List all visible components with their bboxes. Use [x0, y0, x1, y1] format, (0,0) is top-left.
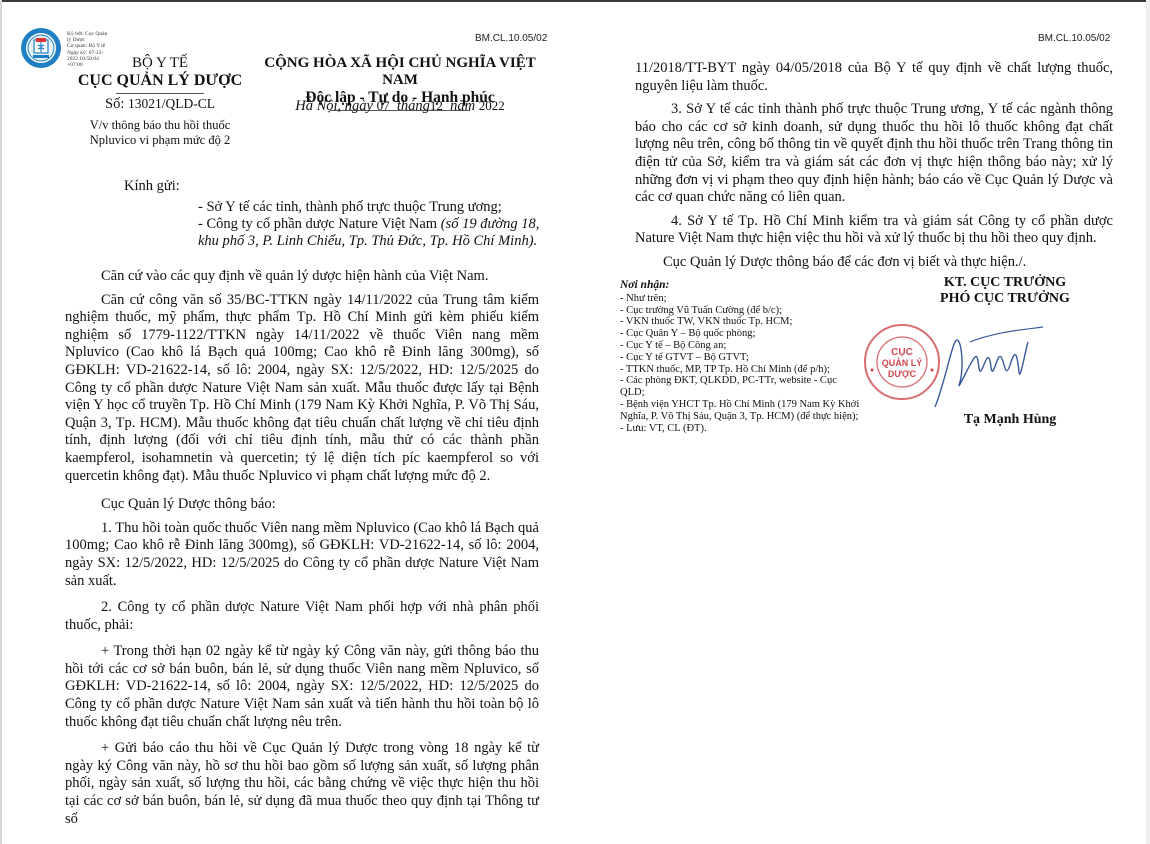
receiver-item: - Như trên;	[620, 293, 860, 305]
receiver-item: - TTKN thuốc, MP, TP Tp. Hồ Chí Minh (để…	[620, 364, 860, 376]
department-name: CỤC QUẢN LÝ DƯỢC	[65, 72, 255, 90]
receiver-item: - Cục Quân Y – Bộ quốc phòng;	[620, 328, 860, 340]
ministry-logo-icon	[20, 27, 62, 69]
paragraph: + Gửi báo cáo thu hồi về Cục Quản lý Dượ…	[65, 740, 539, 828]
paragraph: 3. Sở Y tế các tỉnh thành phố trực thuộc…	[635, 101, 1113, 207]
ministry-name: BỘ Y TẾ	[65, 55, 255, 72]
receiver-item: - Lưu: VT, CL (ĐT).	[620, 423, 860, 435]
paragraph: 1. Thu hồi toàn quốc thuốc Viên nang mềm…	[65, 520, 539, 590]
body-page-1: Căn cứ vào các quy định về quản lý dược …	[65, 268, 539, 828]
receiver-item: - VKN thuốc TW, VKN thuốc Tp. HCM;	[620, 316, 860, 328]
paragraph: Cục Quản lý Dược thông báo để các đơn vị…	[635, 254, 1113, 272]
form-code: BM.CL.10.05/02	[1038, 33, 1110, 44]
form-code: BM.CL.10.05/02	[475, 33, 547, 44]
paragraph: Căn cứ công văn số 35/BC-TTKN ngày 14/11…	[65, 292, 539, 486]
signer-name: Tạ Mạnh Hùng	[950, 412, 1070, 428]
recipient-item: - Sở Y tế các tỉnh, thành phố trực thuộc…	[198, 199, 540, 216]
issuing-agency: BỘ Y TẾ CỤC QUẢN LÝ DƯỢC	[65, 55, 255, 94]
receiver-item: - Cục Y tế – Bộ Công an;	[620, 340, 860, 352]
svg-text:DƯỢC: DƯỢC	[888, 369, 917, 379]
paragraph: Cục Quản lý Dược thông báo:	[65, 496, 539, 514]
receiver-item: - Bệnh viện YHCT Tp. Hồ Chí Minh (179 Na…	[620, 399, 860, 423]
handwritten-signature-icon	[925, 322, 1045, 412]
body-page-2: 11/2018/TT-BYT ngày 04/05/2018 của Bộ Y …	[635, 60, 1113, 272]
document-number: Số: 13021/QLD-CL	[65, 96, 255, 113]
paragraph: Căn cứ vào các quy định về quản lý dược …	[65, 268, 539, 286]
agency-rule	[116, 93, 204, 94]
recipient-item: - Công ty cổ phần dược Nature Việt Nam (…	[198, 216, 540, 250]
signature-title: KT. CỤC TRƯỞNG PHÓ CỤC TRƯỞNG	[920, 275, 1090, 307]
document-subject: V/v thông báo thu hồi thuốc Npluvico vi …	[65, 118, 255, 148]
receiver-item: - Cục Y tế GTVT – Bộ GTVT;	[620, 352, 860, 364]
receivers-list: Nơi nhận: - Như trên; - Cục trưởng Vũ Tu…	[620, 280, 860, 434]
paragraph: 4. Sở Y tế Tp. Hồ Chí Minh kiểm tra và g…	[635, 213, 1113, 248]
issue-date: Hà Nội, ngày 07 tháng12 năm 2022	[255, 98, 545, 115]
recipients: Kính gửi: - Sở Y tế các tỉnh, thành phố …	[100, 178, 540, 250]
receiver-item: - Cục trưởng Vũ Tuấn Cường (để b/c);	[620, 305, 860, 317]
svg-text:CỤC: CỤC	[891, 347, 913, 358]
paragraph: 2. Công ty cổ phần dược Nature Việt Nam …	[65, 599, 539, 634]
recipients-label: Kính gửi:	[124, 178, 540, 195]
paragraph: 11/2018/TT-BYT ngày 04/05/2018 của Bộ Y …	[635, 60, 1113, 95]
receivers-heading: Nơi nhận:	[620, 280, 860, 292]
svg-text:QUẢN LÝ: QUẢN LÝ	[882, 357, 923, 368]
paragraph: + Trong thời hạn 02 ngày kể từ ngày ký C…	[65, 643, 539, 731]
page-1: BM.CL.10.05/02 Ký bởi: Cục Quản lý Dược …	[0, 0, 575, 844]
receiver-item: - Các phòng ĐKT, QLKDD, PC-TTr, website …	[620, 375, 860, 399]
